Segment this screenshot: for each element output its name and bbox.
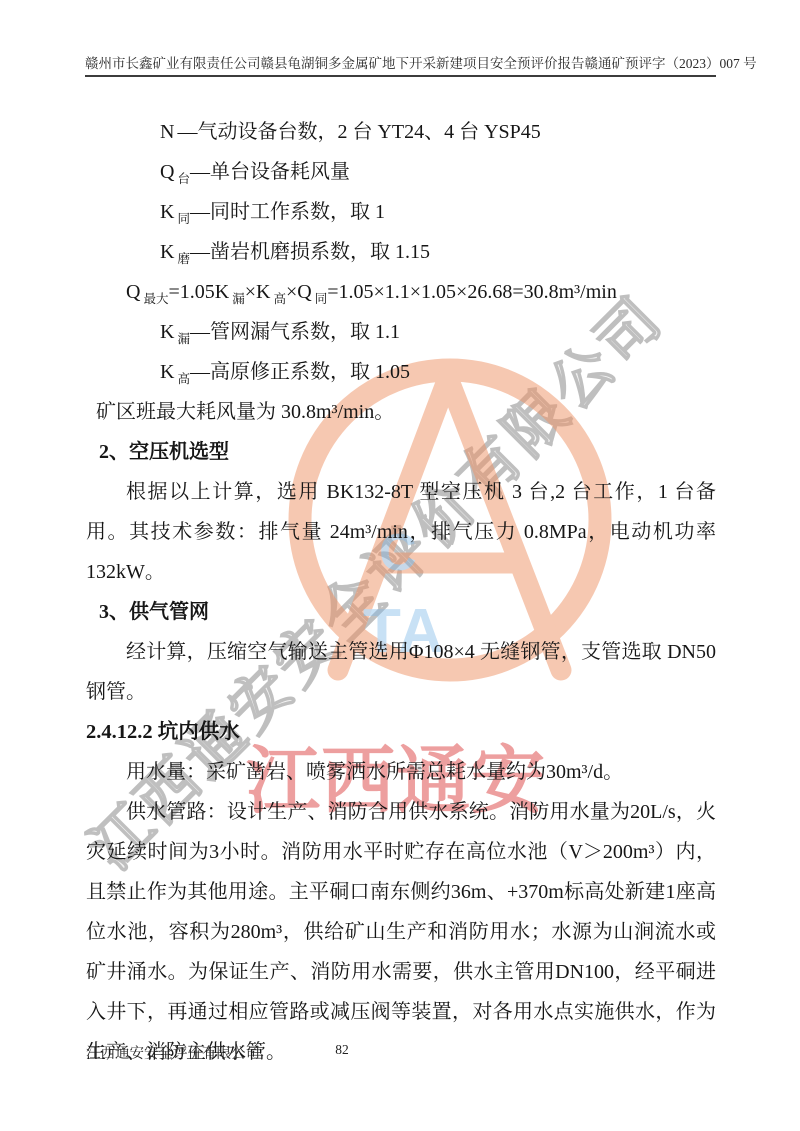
- symbol-subscript: 同: [177, 212, 190, 226]
- definition-line-q-tai: Q台—单台设备耗风量: [86, 152, 716, 192]
- formula-subscript: 高: [273, 292, 286, 306]
- header-title: 赣州市长鑫矿业有限责任公司赣县龟湖铜多金属矿地下开采新建项目安全预评价报告: [85, 52, 585, 72]
- footer-company: 江西通安安全评价有限公司: [86, 1042, 260, 1063]
- definition-text: —同时工作系数，取 1: [190, 201, 385, 223]
- air-consumption-formula: Q最大=1.05K漏×K高×Q同=1.05×1.1×1.05×26.68=30.…: [86, 272, 716, 312]
- definition-line-k-mo: K磨—凿岩机磨损系数，取 1.15: [86, 232, 716, 272]
- section-heading-compressor: 2、空压机选型: [86, 432, 716, 472]
- section-heading-air-pipes: 3、供气管网: [86, 592, 716, 632]
- symbol: N: [160, 121, 174, 143]
- paragraph-water-supply: 供水管路：设计生产、消防合用供水系统。消防用水量为20L/s，火灾延续时间为3小…: [86, 792, 716, 1072]
- document-page: 江西通安安全评价有限公司 C TA 江西通安 赣州市长鑫矿业有限责任公司赣县龟湖…: [0, 0, 800, 1131]
- symbol-subscript: 台: [177, 172, 190, 186]
- header-doc-number: 赣通矿预评字（2023）007 号: [585, 52, 757, 72]
- paragraph-water-usage: 用水量：采矿凿岩、喷雾洒水所需总耗水量约为30m³/d。: [86, 752, 716, 792]
- formula-result: =1.05×1.1×1.05×26.68=30.8m³/min: [327, 281, 617, 303]
- symbol: K: [160, 321, 174, 343]
- page-header: 赣州市长鑫矿业有限责任公司赣县龟湖铜多金属矿地下开采新建项目安全预评价报告 赣通…: [85, 52, 716, 77]
- paragraph-compressor-selection: 根据以上计算，选用 BK132-8T 型空压机 3 台,2 台工作，1 台备用。…: [86, 472, 716, 592]
- definition-text: —高原修正系数，取 1.05: [190, 361, 410, 383]
- symbol: K: [160, 241, 174, 263]
- definition-line-k-tong: K同—同时工作系数，取 1: [86, 192, 716, 232]
- formula-subscript: 最大: [143, 292, 168, 306]
- definition-text: —单台设备耗风量: [190, 161, 350, 183]
- definition-text: —凿岩机磨损系数，取 1.15: [190, 241, 430, 263]
- formula-term: ×K: [245, 281, 271, 303]
- symbol: Q: [160, 161, 174, 183]
- document-body: N—气动设备台数，2 台 YT24、4 台 YSP45 Q台—单台设备耗风量 K…: [86, 112, 716, 1072]
- definition-line-k-lou: K漏—管网漏气系数，取 1.1: [86, 312, 716, 352]
- formula-subscript: 同: [315, 292, 328, 306]
- formula-subscript: 漏: [232, 292, 245, 306]
- formula-term: ×Q: [286, 281, 312, 303]
- max-air-consumption-line: 矿区班最大耗风量为 30.8m³/min。: [86, 392, 716, 432]
- section-heading-underground-water: 2.4.12.2 坑内供水: [86, 712, 716, 752]
- symbol-subscript: 磨: [177, 252, 190, 266]
- page-footer: 江西通安安全评价有限公司 82: [0, 1042, 800, 1066]
- formula-term: Q: [126, 281, 140, 303]
- formula-term: =1.05K: [168, 281, 229, 303]
- definition-text: —气动设备台数，2 台 YT24、4 台 YSP45: [177, 121, 540, 143]
- definition-line-n: N—气动设备台数，2 台 YT24、4 台 YSP45: [86, 112, 716, 152]
- symbol-subscript: 高: [177, 372, 190, 386]
- definition-text: —管网漏气系数，取 1.1: [190, 321, 400, 343]
- symbol: K: [160, 361, 174, 383]
- symbol-subscript: 漏: [177, 332, 190, 346]
- page-number: 82: [322, 1042, 362, 1058]
- definition-line-k-gao: K高—高原修正系数，取 1.05: [86, 352, 716, 392]
- paragraph-air-pipes: 经计算，压缩空气输送主管选用Φ108×4 无缝钢管，支管选取 DN50 钢管。: [86, 632, 716, 712]
- symbol: K: [160, 201, 174, 223]
